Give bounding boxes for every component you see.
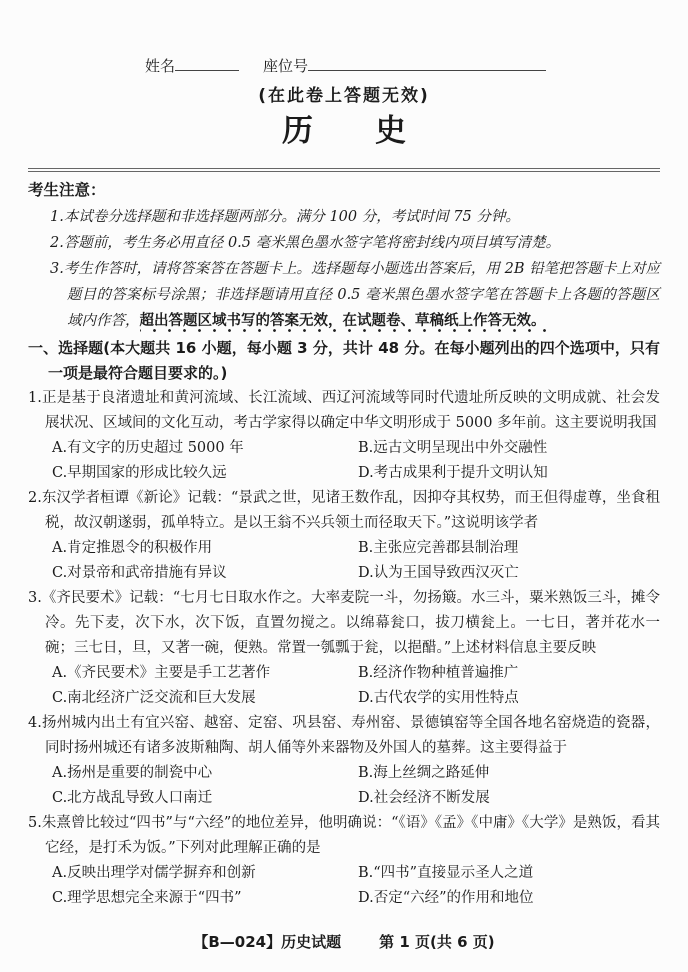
paper-title-char2: 史 <box>375 113 406 149</box>
question-4-option-b: B.海上丝绸之路延伸 <box>358 761 660 786</box>
question-1-option-c: C.早期国家的形成比较久远 <box>52 461 358 486</box>
question-4-option-c: C.北方战乱导致人口南迁 <box>52 786 358 811</box>
section-heading: 一、选择题(本大题共 16 小题，每小题 3 分，共计 48 分。在每小题列出的… <box>28 336 660 386</box>
question-5: 5.朱熹曾比较过“四书”与“六经”的地位差异，他明确说：“《语》《孟》《中庸》《… <box>28 811 660 911</box>
question-2-option-d: D.认为王国导致西汉灭亡 <box>358 561 660 586</box>
question-2-option-b: B.主张应完善郡县制治理 <box>358 536 660 561</box>
seat-label: 座位号 <box>263 57 308 75</box>
question-5-options: A.反映出理学对儒学摒弃和创新 B.“四书”直接显示圣人之道 C.理学思想完全来… <box>52 861 660 911</box>
notice-item-2: 2.答题前，考生务必用直径 0.5 毫米黑色墨水签字笔将密封线内项目填写清楚。 <box>50 230 660 256</box>
question-4-option-d: D.社会经济不断发展 <box>358 786 660 811</box>
paper-title: 历史 <box>0 113 688 149</box>
question-5-option-d: D.否定“六经”的作用和地位 <box>358 886 660 911</box>
name-blank <box>175 57 239 71</box>
question-1-option-b: B.远古文明呈现出中外交融性 <box>358 436 660 461</box>
question-5-option-a: A.反映出理学对儒学摒弃和创新 <box>52 861 358 886</box>
question-list: 1.正是基于良渚遗址和黄河流域、长江流域、西辽河流域等同时代遗址所反映的文明成就… <box>28 386 660 911</box>
question-1: 1.正是基于良渚遗址和黄河流域、长江流域、西辽河流域等同时代遗址所反映的文明成就… <box>28 386 660 486</box>
question-1-options: A.有文字的历史超过 5000 年 B.远古文明呈现出中外交融性 C.早期国家的… <box>52 436 660 486</box>
question-3-options: A.《齐民要术》主要是手工艺著作 B.经济作物种植普遍推广 C.南北经济广泛交流… <box>52 661 660 711</box>
notice-heading: 考生注意： <box>28 177 660 204</box>
question-1-option-a: A.有文字的历史超过 5000 年 <box>52 436 358 461</box>
name-seat-row: 姓名座位号 <box>145 56 688 76</box>
footer-page-number: 第 1 页(共 6 页) <box>379 933 494 951</box>
question-1-option-d: D.考古成果利于提升文明认知 <box>358 461 660 486</box>
name-label: 姓名 <box>145 57 175 75</box>
question-5-option-b: B.“四书”直接显示圣人之道 <box>358 861 660 886</box>
question-3-option-d: D.古代农学的实用性特点 <box>358 686 660 711</box>
question-2-option-a: A.肯定推恩令的积极作用 <box>52 536 358 561</box>
question-1-stem: 1.正是基于良渚遗址和黄河流域、长江流域、西辽河流域等同时代遗址所反映的文明成就… <box>28 386 660 436</box>
paper-title-char1: 历 <box>282 113 313 149</box>
notice-item-3-emphasis: 超出答题区域书写的答案无效，在试题卷、草稿纸上作答无效。 <box>140 313 546 333</box>
question-2-option-c: C.对景帝和武帝措施有异议 <box>52 561 358 586</box>
question-2-stem: 2.东汉学者桓谭《新论》记载：“景武之世，见诸王数作乱，因抑夺其权势，而王但得虚… <box>28 486 660 536</box>
question-4: 4.扬州城内出土有宜兴窑、越窑、定窑、巩县窑、寿州窑、景德镇窑等全国各地名窑烧造… <box>28 711 660 811</box>
question-5-option-c: C.理学思想完全来源于“四书” <box>52 886 358 911</box>
question-3-option-c: C.南北经济广泛交流和巨大发展 <box>52 686 358 711</box>
page-footer: 【B—024】历史试题第 1 页(共 6 页) <box>0 932 688 952</box>
question-4-option-a: A.扬州是重要的制瓷中心 <box>52 761 358 786</box>
question-3-option-b: B.经济作物种植普遍推广 <box>358 661 660 686</box>
question-2: 2.东汉学者桓谭《新论》记载：“景武之世，见诸王数作乱，因抑夺其权势，而王但得虚… <box>28 486 660 586</box>
question-3-option-a: A.《齐民要术》主要是手工艺著作 <box>52 661 358 686</box>
question-4-stem: 4.扬州城内出土有宜兴窑、越窑、定窑、巩县窑、寿州窑、景德镇窑等全国各地名窑烧造… <box>28 711 660 761</box>
seat-blank <box>308 57 546 71</box>
double-rule-divider <box>28 168 660 172</box>
question-3-stem: 3.《齐民要术》记载：“七月七日取水作之。大率麦院一斗，勿扬簸。水三斗，粟米熟饭… <box>28 586 660 661</box>
exam-paper-page: 姓名座位号 (在此卷上答题无效) 历史 考生注意： 1.本试卷分选择题和非选择题… <box>0 0 688 972</box>
question-3: 3.《齐民要术》记载：“七月七日取水作之。大率麦院一斗，勿扬簸。水三斗，粟米熟饭… <box>28 586 660 711</box>
question-5-stem: 5.朱熹曾比较过“四书”与“六经”的地位差异，他明确说：“《语》《孟》《中庸》《… <box>28 811 660 861</box>
candidate-notice: 考生注意： 1.本试卷分选择题和非选择题两部分。满分 100 分，考试时间 75… <box>28 177 660 334</box>
invalid-note: (在此卷上答题无效) <box>0 86 688 106</box>
notice-item-1: 1.本试卷分选择题和非选择题两部分。满分 100 分，考试时间 75 分钟。 <box>50 204 660 230</box>
question-2-options: A.肯定推恩令的积极作用 B.主张应完善郡县制治理 C.对景帝和武帝措施有异议 … <box>52 536 660 586</box>
footer-paper-code: 【B—024】历史试题 <box>193 933 341 951</box>
question-4-options: A.扬州是重要的制瓷中心 B.海上丝绸之路延伸 C.北方战乱导致人口南迁 D.社… <box>52 761 660 811</box>
notice-item-3: 3.考生作答时，请将答案答在答题卡上。选择题每小题选出答案后，用 2B 铅笔把答… <box>50 256 660 334</box>
